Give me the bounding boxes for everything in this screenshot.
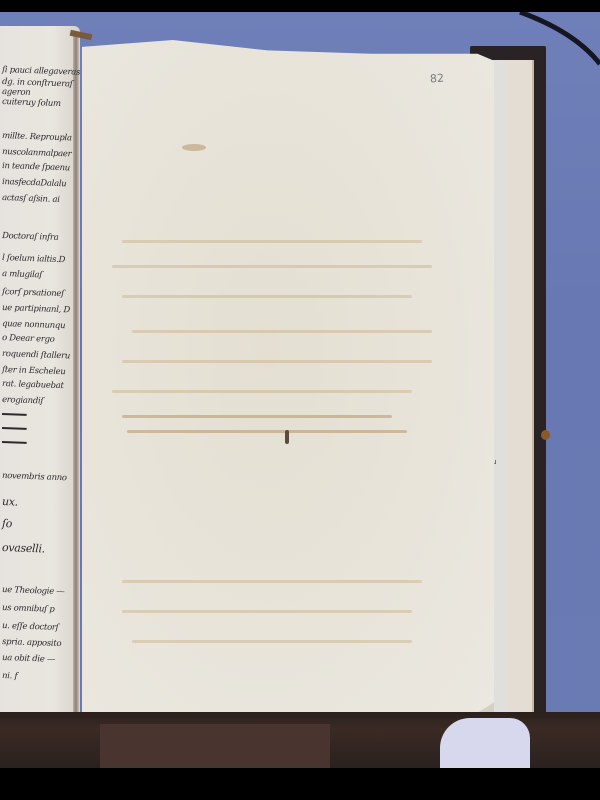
cover-stain xyxy=(541,430,550,440)
handwriting-line: millte. Reproupla xyxy=(2,132,72,143)
handwriting-line: rat. legabuebat xyxy=(2,380,64,391)
handwriting-line: ſcorſ prsationeſ xyxy=(2,288,64,299)
handwriting-line: ſter in Escheleu xyxy=(2,366,66,377)
handwriting-line: a mlugilaſ xyxy=(2,270,42,280)
handwriting-line: l ſoelum ialtis.D xyxy=(2,254,65,265)
desk-surface xyxy=(100,724,330,768)
show-through-line xyxy=(122,415,392,418)
handwriting-line: us omnibuſ p xyxy=(2,604,55,614)
handwriting-line: inasfecdaDalalu xyxy=(2,178,67,189)
handwriting-line: quae nonnunqu xyxy=(2,320,65,331)
handwriting-line: spria. apposito xyxy=(2,638,62,649)
manuscript-photo: - - - u u a hu A 82 ſi pauci allegaveras… xyxy=(0,12,600,768)
handwriting-line: ue partipinanl, D xyxy=(2,304,70,315)
struck-line: ——— xyxy=(2,410,27,419)
left-page-handwriting: ſi pauci allegaveras dg. in conſtrueraſ … xyxy=(0,52,78,692)
handwriting-line: ageron xyxy=(2,88,31,97)
show-through-line xyxy=(122,580,422,583)
white-cloth xyxy=(440,718,530,768)
right-page xyxy=(82,40,494,730)
handwriting-line: erogiandiſ xyxy=(2,396,43,406)
leaf-edge xyxy=(506,60,534,726)
show-through-line xyxy=(132,330,432,333)
show-through-line xyxy=(122,360,432,363)
handwriting-line: Doctoraſ infra xyxy=(2,232,59,242)
handwriting-line: cuiteruy ſolum xyxy=(2,98,61,109)
ink-stain xyxy=(182,144,206,151)
handwriting-line: ſi pauci allegaveras xyxy=(2,66,80,77)
handwriting-line: ua obit die — xyxy=(2,654,55,664)
show-through-line xyxy=(132,640,412,643)
handwriting-line: roquendi ſtalleru xyxy=(2,350,70,361)
handwriting-line: in teande ſpaenu xyxy=(2,162,70,173)
folio-number: 82 xyxy=(430,72,445,86)
handwriting-line: nuscolanmalpaer xyxy=(2,148,72,159)
handwriting-line: actasſ aſsin. ai xyxy=(2,194,60,205)
struck-line: ——— xyxy=(2,438,27,447)
handwriting-line: ni. f xyxy=(2,672,18,681)
ink-drip xyxy=(285,430,289,444)
show-through-line xyxy=(112,265,432,268)
struck-line: ——— xyxy=(2,424,27,433)
show-through-line xyxy=(122,240,422,243)
show-through-line xyxy=(122,295,412,298)
handwriting-line: ovaselli. xyxy=(2,542,45,554)
show-through-line xyxy=(112,390,412,393)
handwriting-line: ux. xyxy=(2,496,18,508)
show-through-line xyxy=(122,610,412,613)
handwriting-line: novembris anno xyxy=(2,472,67,483)
handwriting-line: o Deear ergo xyxy=(2,334,55,344)
handwriting-line: ſo xyxy=(2,518,12,529)
handwriting-line: u. eſſe doctorſ xyxy=(2,622,59,632)
table-edge xyxy=(0,712,600,768)
handwriting-line: ue Theologie — xyxy=(2,586,65,597)
show-through-line xyxy=(127,430,407,433)
